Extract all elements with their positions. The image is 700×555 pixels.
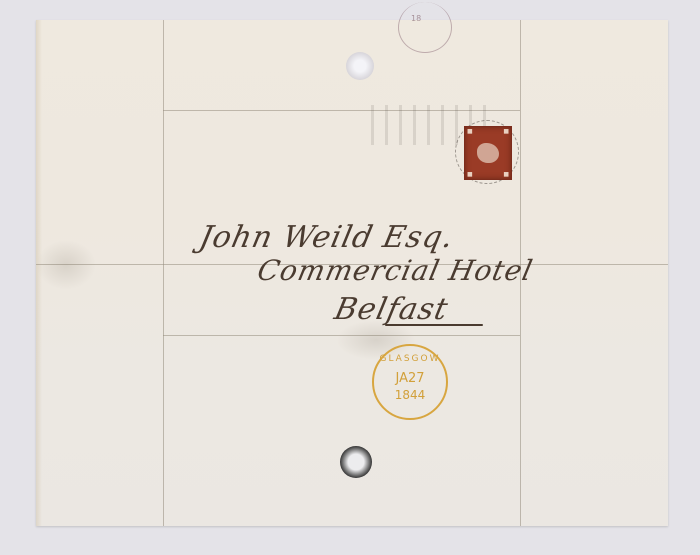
queen-head-icon [477,143,499,163]
wax-seal-bottom [340,446,372,478]
wax-seal-impression-top [346,52,374,80]
stain [36,240,96,290]
address-underline [385,324,483,326]
address-line-1: John Weild Esq. [196,220,457,255]
penny-red-stamp: ■ ■ ■ ■ [464,126,512,180]
address-line-2: Commercial Hotel [254,254,536,287]
partial-postmark-top: 18 [398,2,452,53]
glasgow-postmark: GLASGOW JA27 1844 [372,344,448,420]
address-line-3: Belfast [331,292,451,327]
fold-line-left [163,20,164,526]
